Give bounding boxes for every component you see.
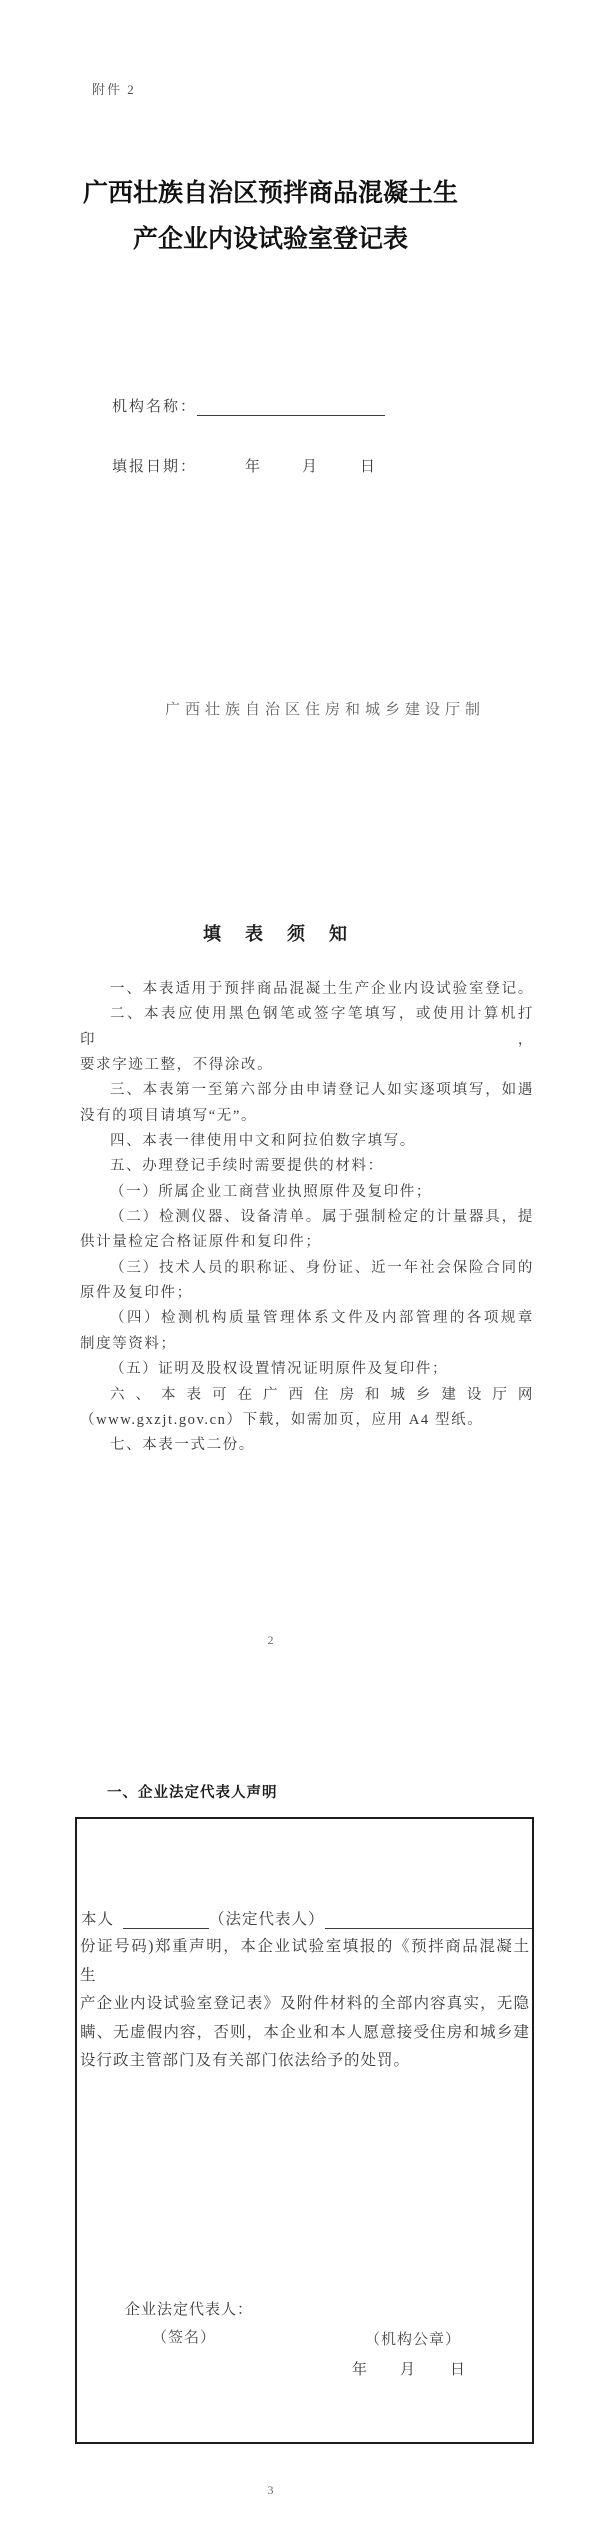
declarant-prefix-label: 本人 [81, 1907, 123, 1929]
notice-line: （www.gxzjt.gov.cn）下载，如需加页，应用 A4 型纸。 [80, 1408, 534, 1433]
declarant-name-blank-field [123, 1910, 209, 1929]
notice-line: 三、本表第一至第六部分由申请登记人如实逐项填写，如遇 [80, 1078, 534, 1103]
notice-line: 五、办理登记手续时需要提供的材料： [80, 1154, 534, 1179]
org-name-blank-field [197, 399, 385, 416]
year-label: 年 [352, 2358, 367, 2379]
doc-title: 广西壮族自治区预拌商品混凝土生 产企业内设试验室登记表 [0, 170, 541, 262]
month-label: 月 [400, 2358, 415, 2379]
day-label: 日 [360, 459, 377, 475]
org-name-row: 机构名称： [112, 395, 385, 416]
notice-line: 原件及复印件； [80, 1281, 534, 1306]
declaration-text-line: 份证号码)郑重声明，本企业试验室填报的《预拌商品混凝土生 [80, 1933, 530, 1990]
report-date-row: 填报日期：年月日 [112, 455, 377, 476]
doc-title-line2: 产企业内设试验室登记表 [0, 216, 541, 262]
declaration-text-line: 瞒、无虚假内容，否则，本企业和本人愿意接受住房和城乡建 [80, 2019, 530, 2048]
legal-rep-signature-label: 企业法定代表人： [125, 2298, 253, 2319]
notice-heading: 填表须知 [203, 920, 371, 946]
publisher-line: 广西壮族自治区住房和城乡建设厅制 [165, 698, 485, 719]
declaration-text-line: 产企业内设试验室登记表》及附件材料的全部内容真实，无隐 [80, 1990, 530, 2019]
signature-paren-label: （签名） [152, 2326, 216, 2347]
notice-line: （五）证明及股权设置情况证明原件及复印件； [80, 1357, 534, 1382]
day-label: 日 [450, 2358, 465, 2379]
notice-line: （二）检测仪器、设备清单。属于强制检定的计量器具，提 [80, 1205, 534, 1230]
year-label: 年 [245, 459, 262, 475]
notice-line: （四）检测机构质量管理体系文件及内部管理的各项规章 [80, 1306, 534, 1331]
legal-rep-paren-label: （法定代表人） [209, 1907, 325, 1929]
page-number-3: 3 [0, 2483, 541, 2498]
report-date-label: 填报日期： [112, 459, 197, 475]
notice-body: 一、本表适用于预拌商品混凝土生产企业内设试验室登记。 二、本表应使用黑色钢笔或签… [80, 977, 534, 1459]
id-number-blank-field [325, 1910, 532, 1929]
declaration-heading: 一、企业法定代表人声明 [107, 1781, 278, 1802]
notice-line: （一）所属企业工商营业执照原件及复印件； [80, 1180, 534, 1205]
org-name-label: 机构名称： [112, 399, 197, 415]
notice-line: （三）技术人员的职称证、身份证、近一年社会保险合同的 [80, 1256, 534, 1281]
notice-line: 四、本表一律使用中文和阿拉伯数字填写。 [80, 1129, 534, 1154]
attachment-label: 附件 2 [92, 79, 136, 98]
notice-line: 没有的项目请填写“无”。 [80, 1104, 534, 1129]
month-label: 月 [302, 459, 319, 475]
document-scan: 附件 2 广西壮族自治区预拌商品混凝土生 产企业内设试验室登记表 机构名称： 填… [0, 0, 600, 2546]
notice-line: 一、本表适用于预拌商品混凝土生产企业内设试验室登记。 [80, 977, 534, 1002]
declaration-box: 本人 （法定代表人） 份证号码)郑重声明，本企业试验室填报的《预拌商品混凝土生 … [75, 1817, 534, 2444]
notice-line: 二、本表应使用黑色钢笔或签字笔填写，或使用计算机打印， [80, 1002, 534, 1053]
declaration-text: 份证号码)郑重声明，本企业试验室填报的《预拌商品混凝土生 产企业内设试验室登记表… [80, 1933, 530, 2076]
notice-line: 七、本表一式二份。 [80, 1433, 534, 1458]
notice-line: 六、本表可在广西住房和城乡建设厅网 [80, 1383, 534, 1408]
notice-line: 供计量检定合格证原件和复印件； [80, 1230, 534, 1255]
declaration-fill-in-line: 本人 （法定代表人） [81, 1907, 532, 1929]
doc-title-line1: 广西壮族自治区预拌商品混凝土生 [0, 170, 541, 216]
notice-line: 制度等资料； [80, 1332, 534, 1357]
org-seal-label: （机构公章） [365, 2328, 461, 2349]
page-number-2: 2 [0, 1633, 541, 1648]
declaration-text-line: 设行政主管部门及有关部门依法给予的处罚。 [80, 2047, 530, 2076]
notice-line: 要求字迹工整，不得涂改。 [80, 1053, 534, 1078]
